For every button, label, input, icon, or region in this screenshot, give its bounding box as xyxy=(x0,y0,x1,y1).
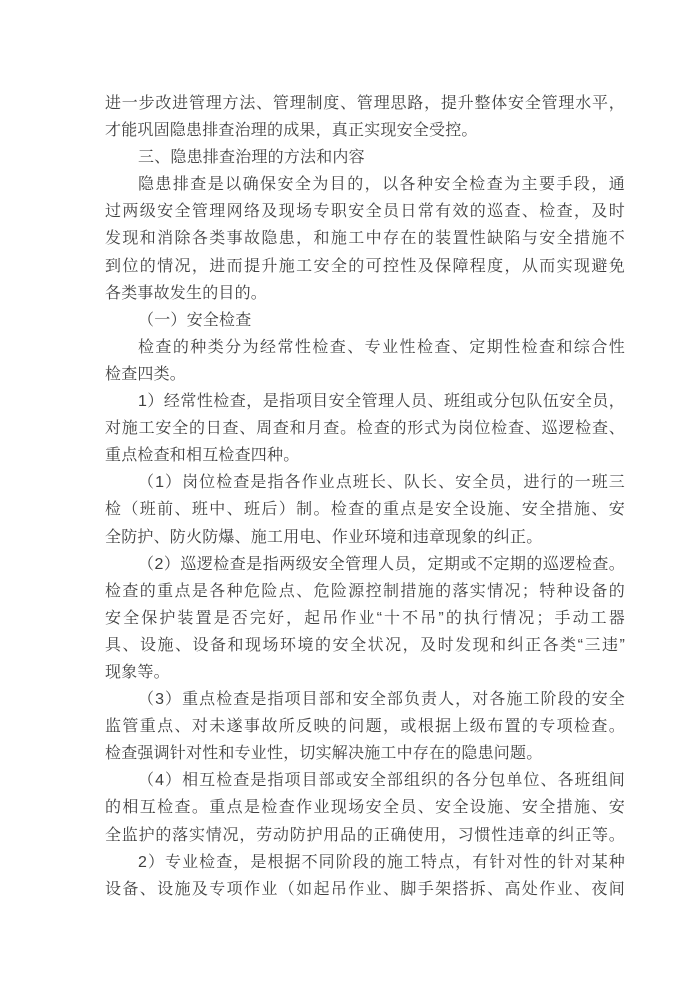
text-line: 1）经常性检查，是指项目安全管理人员、班组或分包队伍安全员， xyxy=(105,388,625,415)
text-line: 检查的种类分为经常性检查、专业性检查、定期性检查和综合性 xyxy=(105,334,625,361)
text-line: 进一步改进管理方法、管理制度、管理思路，提升整体安全管理水平， xyxy=(105,90,625,117)
text-line: （2）巡逻检查是指两级安全管理人员，定期或不定期的巡逻检查。 xyxy=(105,551,625,578)
text-line: 检查四类。 xyxy=(105,361,625,388)
text-line: 安全保护装置是否完好，起吊作业“十不吊”的执行情况；手动工器 xyxy=(105,605,625,632)
text-line: 三、隐患排查治理的方法和内容 xyxy=(105,144,625,171)
text-line: 设备、设施及专项作业（如起吊作业、脚手架搭拆、高处作业、夜间 xyxy=(105,876,625,903)
text-line: 检（班前、班中、班后）制。检查的重点是安全设施、安全措施、安 xyxy=(105,496,625,523)
text-line: 检查的重点是各种危险点、危险源控制措施的落实情况；特种设备的 xyxy=(105,578,625,605)
text-line: （一）安全检查 xyxy=(105,307,625,334)
text-line: （4）相互检查是指项目部或安全部组织的各分包单位、各班组间 xyxy=(105,767,625,794)
text-line: （3）重点检查是指项目部和安全部负责人，对各施工阶段的安全 xyxy=(105,686,625,713)
text-line: 的相互检查。重点是检查作业现场安全员、安全设施、安全措施、安 xyxy=(105,794,625,821)
document-text-area: 进一步改进管理方法、管理制度、管理思路，提升整体安全管理水平，才能巩固隐患排查治… xyxy=(105,90,625,903)
text-line: 发现和消除各类事故隐患，和施工中存在的装置性缺陷与安全措施不 xyxy=(105,225,625,252)
text-line: 各类事故发生的目的。 xyxy=(105,280,625,307)
text-line: 全防护、防火防爆、施工用电、作业环境和违章现象的纠正。 xyxy=(105,524,625,551)
text-line: 具、设施、设备和现场环境的安全状况，及时发现和纠正各类“三违” xyxy=(105,632,625,659)
text-line: 重点检查和相互检查四种。 xyxy=(105,442,625,469)
text-line: 对施工安全的日查、周查和月查。检查的形式为岗位检查、巡逻检查、 xyxy=(105,415,625,442)
text-line: （1）岗位检查是指各作业点班长、队长、安全员，进行的一班三 xyxy=(105,469,625,496)
text-line: 过两级安全管理网络及现场专职安全员日常有效的巡查、检查，及时 xyxy=(105,198,625,225)
text-line: 检查强调针对性和专业性，切实解决施工中存在的隐患问题。 xyxy=(105,740,625,767)
text-line: 监管重点、对未遂事故所反映的问题，或根据上级布置的专项检查。 xyxy=(105,713,625,740)
text-line: 隐患排查是以确保安全为目的，以各种安全检查为主要手段，通 xyxy=(105,171,625,198)
text-line: 现象等。 xyxy=(105,659,625,686)
text-line: 全监护的落实情况，劳动防护用品的正确使用，习惯性违章的纠正等。 xyxy=(105,822,625,849)
text-line: 到位的情况，进而提升施工安全的可控性及保障程度，从而实现避免 xyxy=(105,253,625,280)
text-line: 2）专业检查，是根据不同阶段的施工特点，有针对性的针对某种 xyxy=(105,849,625,876)
text-line: 才能巩固隐患排查治理的成果，真正实现安全受控。 xyxy=(105,117,625,144)
document-page: 进一步改进管理方法、管理制度、管理思路，提升整体安全管理水平，才能巩固隐患排查治… xyxy=(0,0,700,990)
